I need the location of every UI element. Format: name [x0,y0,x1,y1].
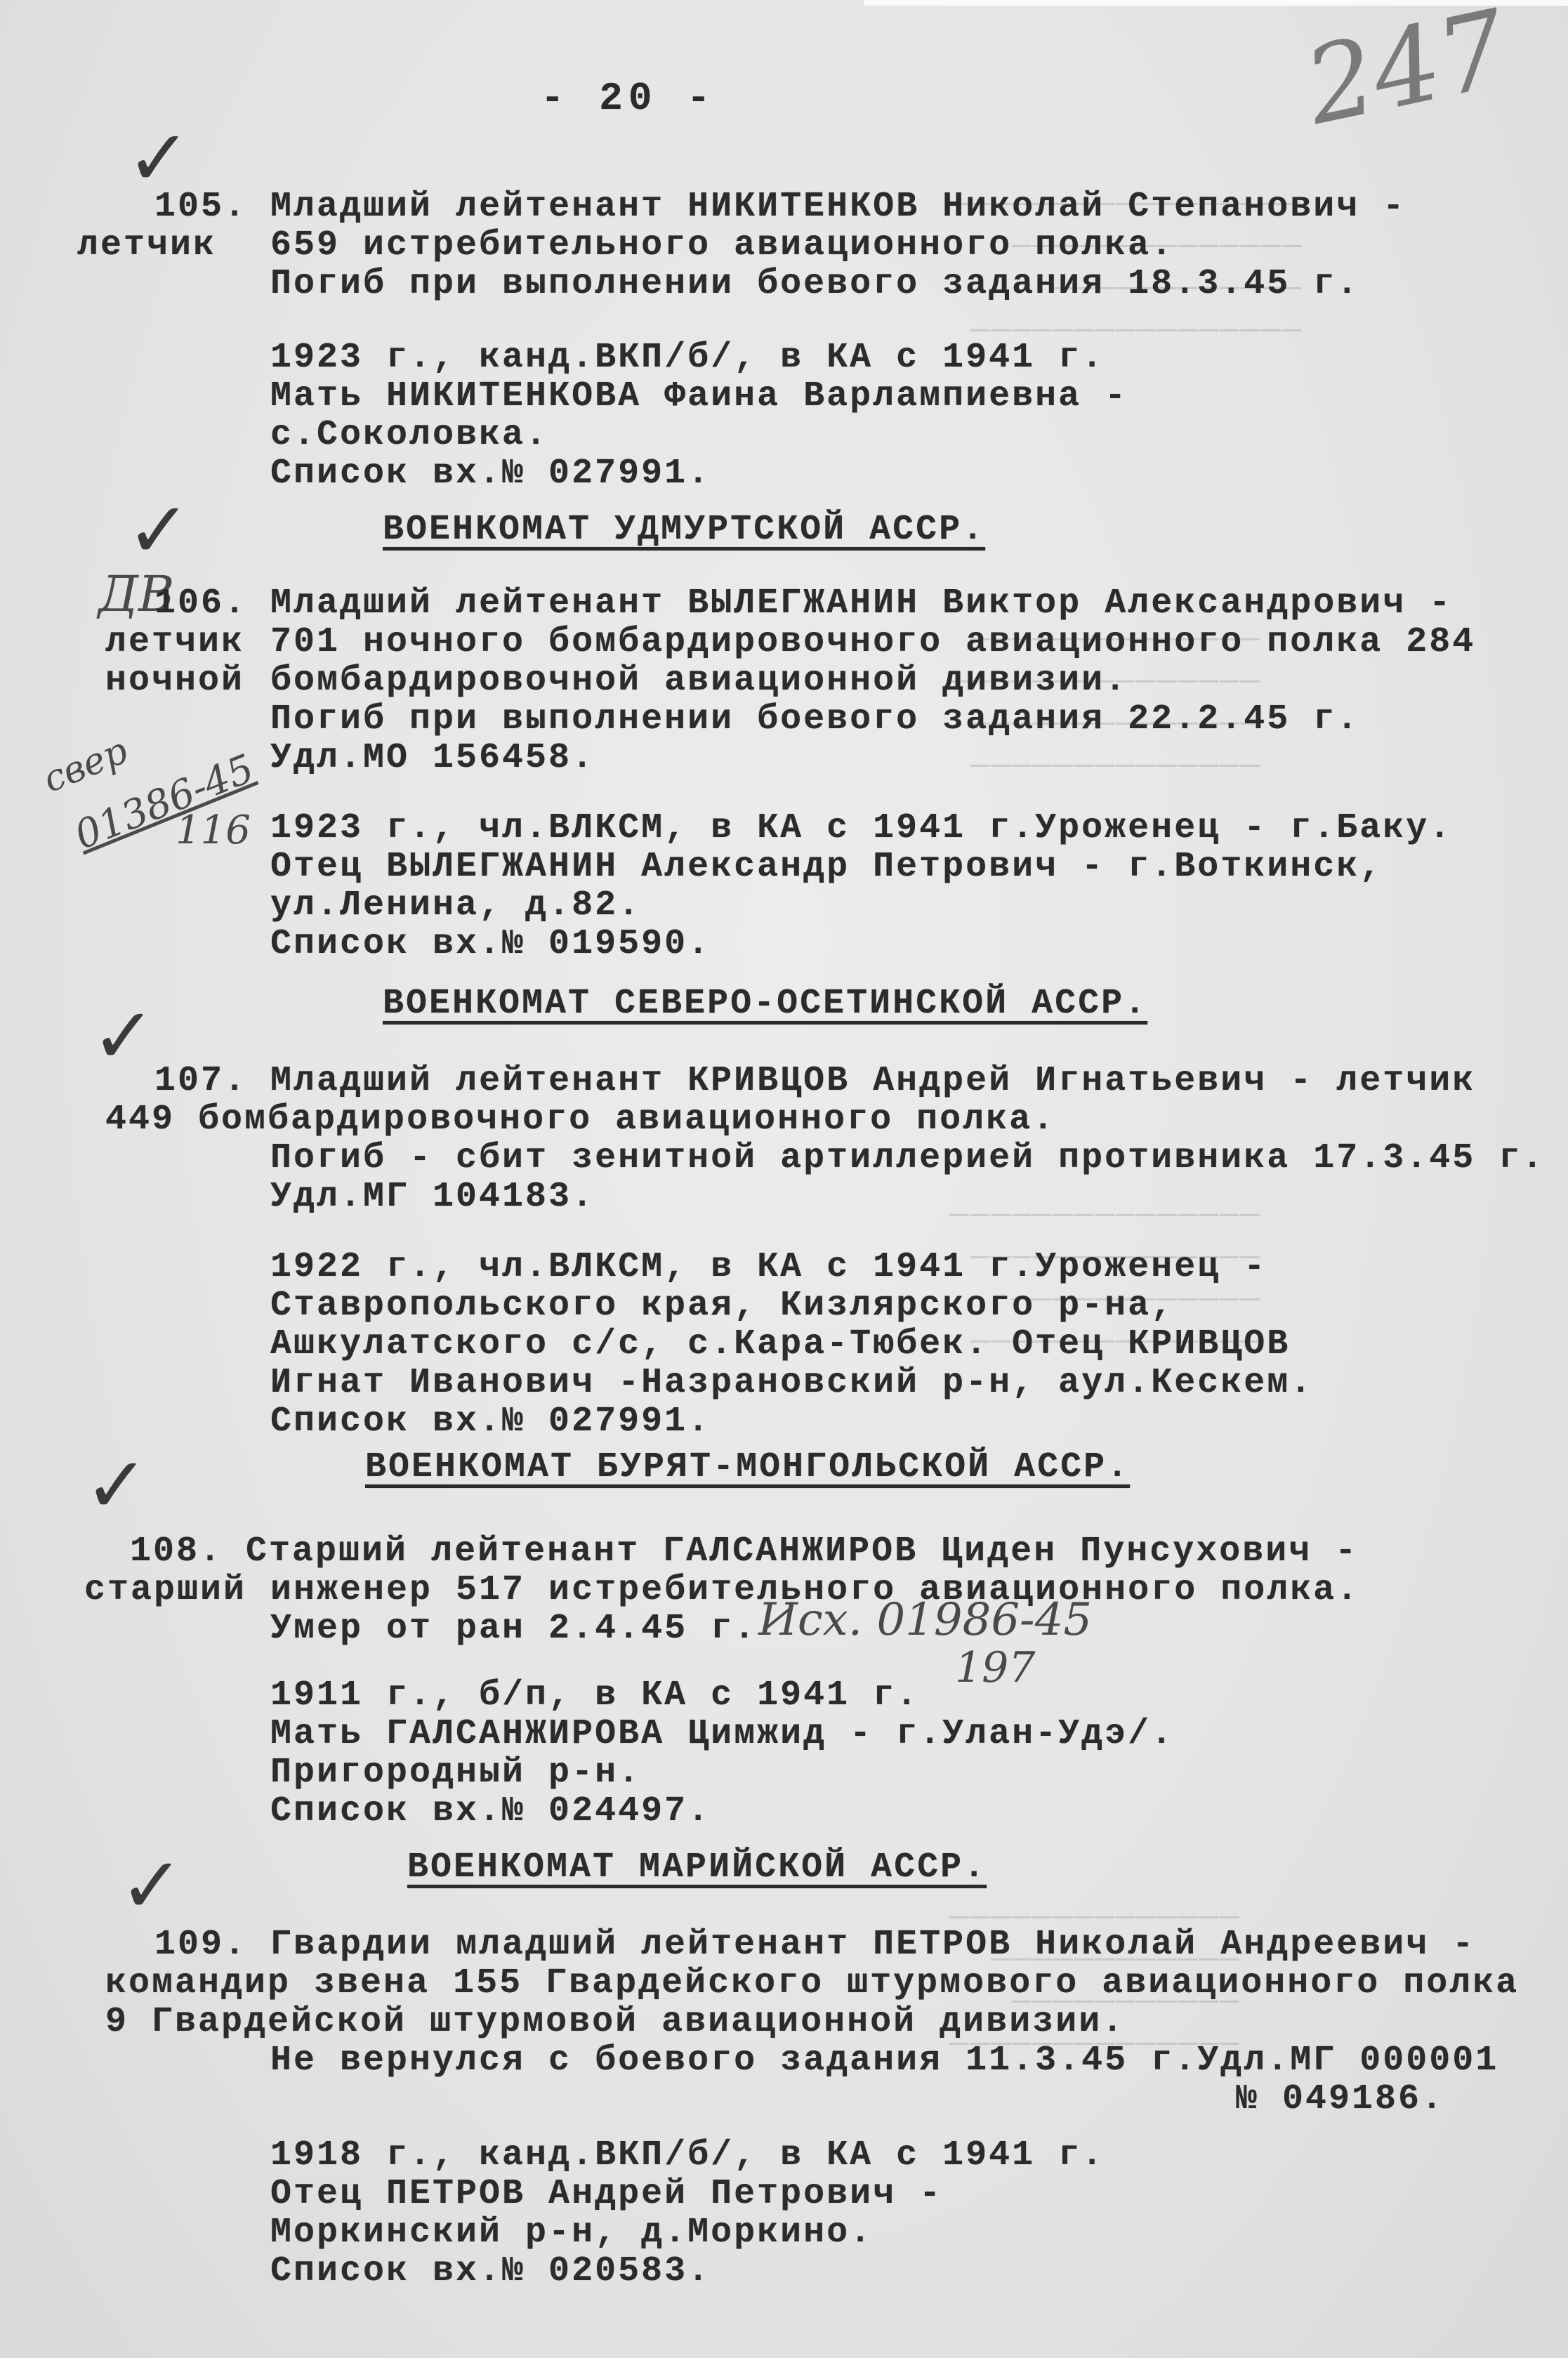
entry-line: 1918 г., канд.ВКП/б/, в КА с 1941 г. [270,2135,1105,2177]
entry-line: Мать ГАЛСАНЖИРОВА Цимжид - г.Улан-Удэ/. [270,1713,1174,1756]
entry-margin: старший [84,1569,246,1612]
entry-line: 109. Гвардии младший лейтенант ПЕТРОВ Ни… [154,1924,1475,1966]
entry-line: Умер от ран 2.4.45 г. [270,1608,757,1650]
entry-line: Погиб при выполнении боевого задания 22.… [270,699,1359,741]
entry-line: Ставропольского края, Кизлярского р-на, [270,1285,1174,1327]
entry-line: 9 Гвардейской штурмовой авиационной диви… [105,2001,1125,2043]
checkmark-icon: ✓ [126,492,191,569]
entry-line: Список вх.№ 024497. [270,1791,711,1833]
entry-line: Удл.МО 156458. [270,737,595,779]
entry-line: Отец ВЫЛЕГЖАНИН Александр Петрович - г.В… [270,846,1383,888]
entry-line: 107. Младший лейтенант КРИВЦОВ Андрей Иг… [154,1060,1475,1102]
entry-line: бомбардировочной авиационной дивизии. [270,660,1128,702]
section-heading: ВОЕНКОМАТ УДМУРТСКОЙ АССР. [383,509,985,551]
entry-line: Погиб - сбит зенитной артиллерией против… [270,1138,1545,1180]
section-heading: ВОЕНКОМАТ МАРИЙСКОЙ АССР. [407,1847,987,1889]
entry-line: Список вх.№ 027991. [270,453,711,495]
checkmark-icon: ✓ [126,119,191,197]
entry-line: Игнат Иванович -Назрановский р-н, аул.Ке… [270,1362,1313,1404]
entry-line: 1923 г., чл.ВЛКСМ, в КА с 1941 г.Урожене… [270,808,1452,850]
entry-margin: ночной [105,660,244,702]
entry-line: командир звена 155 Гвардейского штурмово… [105,1963,1519,2005]
entry-margin: летчик [77,225,216,267]
handwritten-ref: Исх. 01986-45 [758,1594,1092,1646]
entry-line: Ашкулатского с/с, с.Кара-Тюбек. Отец КРИ… [270,1324,1290,1366]
entry-line: 659 истребительного авиационного полка. [270,225,1174,267]
handwritten-ref: 197 [955,1643,1036,1692]
handwritten-ref: свер [37,730,133,801]
entry-line: Погиб при выполнении боевого задания 18.… [270,263,1359,305]
entry-line: Список вх.№ 027991. [270,1401,711,1443]
section-heading: ВОЕНКОМАТ БУРЯТ-МОНГОЛЬСКОЙ АССР. [365,1447,1130,1489]
entry-line: 106. Младший лейтенант ВЫЛЕГЖАНИН Виктор… [154,583,1452,625]
entry-line: Отец ПЕТРОВ Андрей Петрович - [270,2173,942,2215]
section-heading: ВОЕНКОМАТ СЕВЕРО-ОСЕТИНСКОЙ АССР. [383,983,1147,1025]
entry-line: Пригородный р-н. [270,1752,641,1794]
entry-line: 1923 г., канд.ВКП/б/, в КА с 1941 г. [270,337,1105,379]
entry-line: 108. Старший лейтенант ГАЛСАНЖИРОВ Циден… [130,1531,1358,1573]
entry-line: Удл.МГ 104183. [270,1176,595,1218]
entry-line: 1911 г., б/п, в КА с 1941 г. [270,1675,919,1717]
entry-line: 105. Младший лейтенант НИКИТЕНКОВ Никола… [154,186,1406,228]
entry-line: Список вх.№ 020583. [270,2251,711,2293]
entry-margin: летчик [105,621,244,664]
entry-line: 1922 г., чл.ВЛКСМ, в КА с 1941 г.Урожене… [270,1246,1267,1289]
entry-line: Моркинский р-н, д.Моркино. [270,2212,873,2254]
entry-line: Не вернулся с боевого задания 11.3.45 г.… [270,2040,1498,2082]
archive-sheet-number: 247 [1296,0,1517,149]
checkmark-icon: ✓ [91,997,156,1074]
checkmark-icon: ✓ [84,1447,149,1524]
entry-line: с.Соколовка. [270,414,548,456]
page-number: - 20 - [541,77,716,119]
entry-line: ул.Ленина, д.82. [270,885,641,927]
checkmark-icon: ✓ [119,1847,184,1924]
document-page: ————————————————— —————————————— ———————… [0,0,1568,2358]
entry-line: 701 ночного бомбардировочного авиационно… [270,621,1475,664]
entry-line: 449 бомбардировочного авиационного полка… [105,1099,1055,1141]
entry-line: Список вх.№ 019590. [270,923,711,966]
handwritten-ref: 116 [176,808,251,853]
entry-line: Мать НИКИТЕНКОВА Фаина Варлампиевна - [270,376,1128,418]
entry-line: № 049186. [1236,2079,1444,2121]
